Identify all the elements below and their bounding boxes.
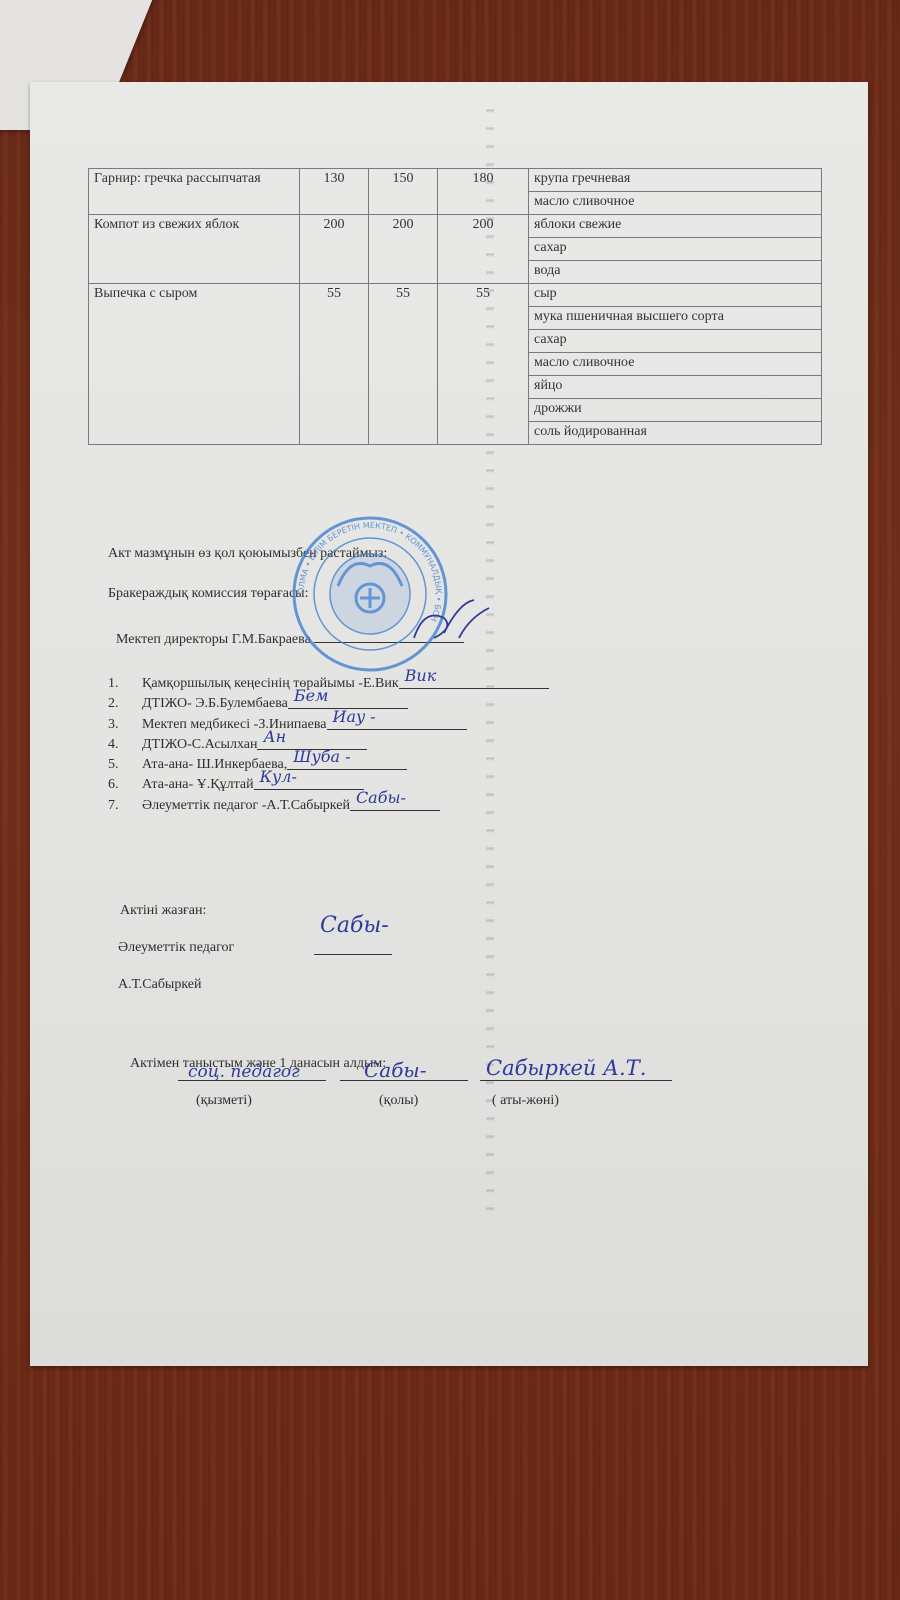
member-text: Ата-ана- Ұ.Құлтай [142,775,254,795]
dish-name: Компот из свежих яблок [89,215,300,284]
ingredient-item: масло сливочное [529,192,821,214]
director-signature [404,598,494,648]
member-signature-line: Вик [399,674,549,689]
member-row: 7.Әлеуметтік педагог -А.Т.СабыркейСабы- [108,796,549,816]
menu-table: Гарнир: гречка рассыпчатая130150180крупа… [88,168,822,445]
ingredient-item: яблоки свежие [529,215,821,238]
portion-weight: 200 [369,215,438,284]
member-signature: Сабы- [356,788,406,808]
member-signature: Иay - [333,707,376,727]
member-number: 1. [108,674,142,694]
ack-signature-value: Сабы- [364,1058,426,1082]
ingredient-item: масло сливочное [529,353,821,376]
member-text: Қамқоршылық кеңесінің төрайымы -Е.Вик [142,674,399,694]
ack-position-field: соц. педагог [178,1062,326,1081]
portion-weight: 150 [369,169,438,215]
member-row: 6.Ата-ана- Ұ.ҚұлтайКул- [108,775,549,795]
table-row: Компот из свежих яблок200200200яблоки св… [89,215,822,284]
ack-name-value: Сабыркей А.Т. [486,1056,646,1080]
member-signature-line: Иay - [327,715,467,730]
ingredients-cell: сырмука пшеничная высшего сортасахармасл… [529,284,822,445]
member-number: 3. [108,715,142,735]
ack-position-caption: (қызметі) [196,1093,252,1109]
member-signature-line: Сабы- [350,796,440,811]
member-number: 7. [108,796,142,816]
member-text: ДТІЖО- Э.Б.Булембаева [142,694,288,714]
ingredient-item: мука пшеничная высшего сорта [529,307,821,330]
ingredient-item: яйцо [529,376,821,399]
member-row: 3.Мектеп медбикесі -З.ИнипаеваИay - [108,715,549,735]
portion-weight: 55 [438,284,529,445]
member-number: 2. [108,694,142,714]
member-row: 5.Ата-ана- Ш.Инкербаева,Шуба - [108,755,549,775]
ingredients-cell: яблоки свежиесахарвода [529,215,822,284]
portion-weight: 200 [438,215,529,284]
ingredient-item: вода [529,261,821,283]
member-text: ДТІЖО-С.Асылхан [142,735,257,755]
ingredient-item: крупа гречневая [529,169,821,192]
ingredient-item: сахар [529,330,821,353]
ingredient-item: соль йодированная [529,422,821,444]
member-signature: Бем [294,686,329,706]
dish-name: Выпечка с сыром [89,284,300,445]
portion-weight: 200 [300,215,369,284]
portion-weight: 55 [300,284,369,445]
table-row: Гарнир: гречка рассыпчатая130150180крупа… [89,169,822,215]
member-text: Мектеп медбикесі -З.Инипаева [142,715,327,735]
member-number: 4. [108,735,142,755]
compiled-by-signature-line [314,940,392,955]
commission-members-list: 1.Қамқоршылық кеңесінің төрайымы -Е.ВикВ… [108,674,549,816]
portion-weight: 180 [438,169,529,215]
ingredient-item: дрожжи [529,399,821,422]
member-number: 5. [108,755,142,775]
member-signature: Шуба - [293,747,350,767]
ingredient-item: сахар [529,238,821,261]
ack-signature-caption: (қолы) [379,1093,418,1109]
member-number: 6. [108,775,142,795]
member-signature: Ан [263,727,286,747]
member-text: Әлеуметтік педагог -А.Т.Сабыркей [142,796,350,816]
compiled-by-name: А.Т.Сабыркей [118,977,202,993]
portion-weight: 55 [369,284,438,445]
official-stamp: ОЛМА • БІЛІМ БЕРЕТІН МЕКТЕП • КОММУНАЛДЫ… [290,516,450,672]
member-signature: Вик [405,666,437,686]
member-row: 2.ДТІЖО- Э.Б.БулембаеваБем [108,694,549,714]
compiled-by-signature: Сабы- [320,913,389,938]
ingredient-item: сыр [529,284,821,307]
dish-name: Гарнир: гречка рассыпчатая [89,169,300,215]
compiled-by-label: Актіні жазған: [120,903,206,919]
commission-chair-label: Бракераждық комиссия төрағасы: [108,586,308,602]
table-row: Выпечка с сыром555555сырмука пшеничная в… [89,284,822,445]
ack-position-value: соц. педагог [188,1062,300,1082]
member-signature-line: Шуба - [287,755,407,770]
ack-name-field: Сабыркей А.Т. [480,1062,672,1081]
member-signature-line: Кул- [254,775,364,790]
director-name: Мектеп директоры Г.М.Бакраева [116,632,311,647]
compiled-by-role: Әлеуметтік педагог [118,940,234,956]
member-signature: Кул- [260,767,297,787]
ack-signature-field: Сабы- [340,1062,468,1081]
portion-weight: 130 [300,169,369,215]
ack-name-caption: ( аты-жөні) [492,1093,559,1109]
ingredients-cell: крупа гречневаямасло сливочное [529,169,822,215]
